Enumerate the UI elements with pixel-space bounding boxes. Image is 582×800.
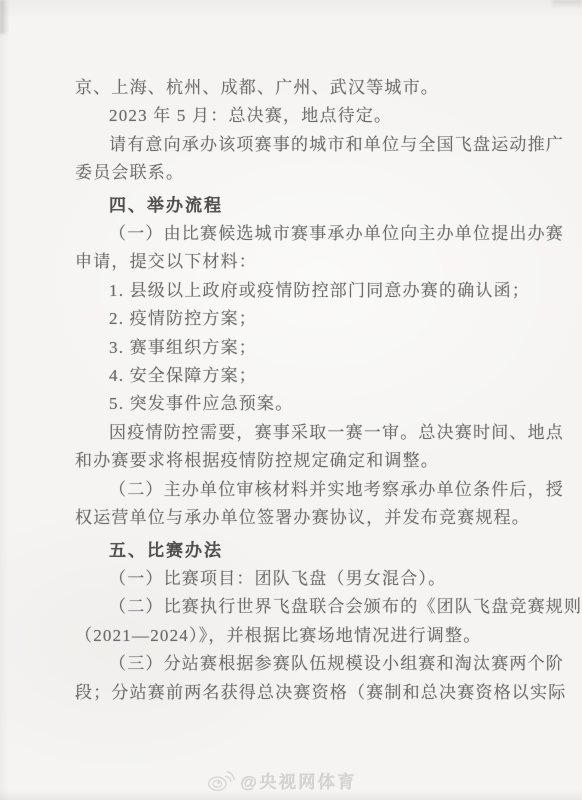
text-line: （一）比赛项目：团队飞盘（男女混合）。 — [75, 565, 512, 593]
text-line: 因疫情防控需要，赛事采取一赛一审。总决赛时间、地点 — [75, 419, 512, 447]
section-heading: 五、比赛办法 — [75, 537, 512, 565]
text-line: 和办赛要求将根据疫情防控规定确定和调整。 — [75, 447, 512, 475]
document-page: 京、上海、杭州、成都、广州、武汉等城市。 2023 年 5 月：总决赛，地点待定… — [0, 0, 582, 707]
text-line: （2021—2024）》，并根据比赛场地情况进行调整。 — [75, 622, 512, 650]
text-line: （二）比赛执行世界飞盘联合会颁布的《团队飞盘竞赛规则 — [75, 593, 512, 621]
text-line: （三）分站赛根据参赛队伍规模设小组赛和淘汰赛两个阶 — [75, 650, 512, 678]
list-item: 3. 赛事组织方案； — [75, 334, 512, 362]
text-line: 权运营单位与承办单位签署办赛协议，并发布竞赛规程。 — [75, 504, 512, 532]
list-item: 5. 突发事件应急预案。 — [75, 390, 512, 418]
text-line: 2023 年 5 月：总决赛，地点待定。 — [75, 102, 512, 130]
text-line: 申请，提交以下材料： — [75, 248, 512, 276]
section-heading: 四、举办流程 — [75, 192, 512, 220]
text-line: 委员会联系。 — [75, 159, 512, 187]
text-line: 京、上海、杭州、成都、广州、武汉等城市。 — [75, 74, 512, 102]
list-item: 1. 县级以上政府或疫情防控部门同意办赛的确认函； — [75, 277, 512, 305]
list-item: 2. 疫情防控方案； — [75, 305, 512, 333]
text-line: （二）主办单位审核材料并实地考察承办单位条件后，授 — [75, 476, 512, 504]
text-line: 段；分站赛前两名获得总决赛资格（赛制和总决赛资格以实际 — [75, 679, 512, 707]
list-item: 4. 安全保障方案； — [75, 362, 512, 390]
watermark: @央视网体育 — [207, 768, 358, 793]
watermark-handle: @央视网体育 — [241, 768, 358, 793]
text-line: （一）由比赛候选城市赛事承办单位向主办单位提出办赛 — [75, 220, 512, 248]
weibo-icon — [207, 768, 235, 793]
text-line: 请有意向承办该项赛事的城市和单位与全国飞盘运动推广 — [75, 131, 512, 159]
